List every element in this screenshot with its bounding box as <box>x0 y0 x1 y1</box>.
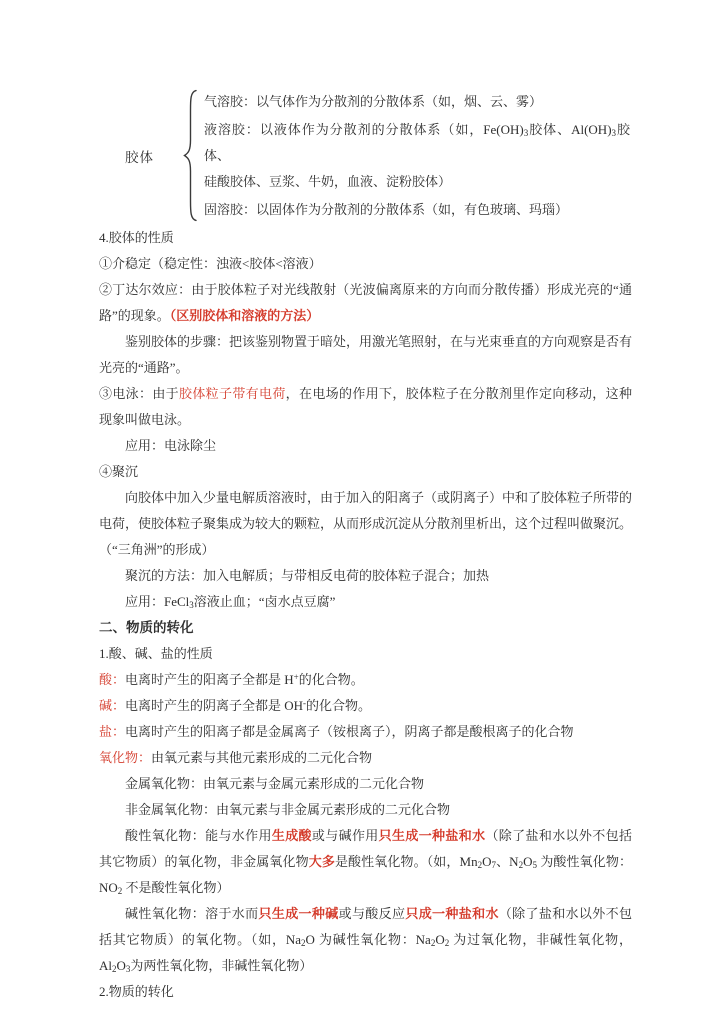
nonmetal-oxide-definition: 非金属氧化物：由氧元素与非金属元素形成的二元化合物 <box>99 797 632 823</box>
bracket-items: 气溶胶：以气体作为分散剂的分散体系（如，烟、云、雾）液溶胶：以液体作为分散剂的分… <box>201 88 630 223</box>
text-run: 的化合物。 <box>299 672 364 687</box>
text-run: 溶液止血；“卤水点豆腐” <box>194 594 336 609</box>
colloid-classification-diagram: 胶体 气溶胶：以气体作为分散剂的分散体系（如，烟、云、雾）液溶胶：以液体作为分散… <box>99 88 632 223</box>
text-run: 不是酸性氧化物） <box>122 880 229 895</box>
text-run: 、N <box>496 854 519 869</box>
text-run: ③电泳：由于 <box>99 386 179 401</box>
text-run: 金属氧化物：由氧元素与金属元素形成的二元化合物 <box>125 776 424 791</box>
colloid-label: 胶体 <box>125 88 183 223</box>
coagulation-application: 应用：FeCl3溶液止血；“卤水点豆腐” <box>99 589 632 615</box>
highlight-text-run: 碱： <box>99 698 125 713</box>
text-run: O <box>117 958 126 973</box>
electrophoresis-application: 应用：电泳除尘 <box>99 433 632 459</box>
text-run: 电离时产生的阳离子都是金属离子（铵根离子），阴离子都是酸根离子的化合物 <box>125 724 574 739</box>
text-run: 由氧元素与其他元素形成的二元化合物 <box>151 750 372 765</box>
text-run: 2.物质的转化 <box>99 984 174 999</box>
text-run: 应用：电泳除尘 <box>125 438 216 453</box>
text-run: Na <box>416 932 431 947</box>
text-run: 电离时产生的阴离子全都是 OH <box>125 698 303 713</box>
section-2-heading: 二、物质的转化 <box>99 615 632 641</box>
text-run: 非金属氧化物：由氧元素与非金属元素形成的二元化合物 <box>125 802 450 817</box>
highlight-text-run: 盐： <box>99 724 125 739</box>
text-run: 胶体、Al(OH) <box>528 122 611 137</box>
text-run: 硅酸胶体、豆浆、牛奶，血液、淀粉胶体） <box>204 174 451 189</box>
text-run: 应用：FeCl <box>125 594 189 609</box>
highlight-text-run: （区别胶体和溶液的方法） <box>170 308 320 323</box>
text-run: 向胶体中加入少量电解质溶液时，由于加入的阳离子（或阴离子）中和了胶体粒子所带的电… <box>99 490 632 557</box>
text-run: NO <box>99 880 118 895</box>
text-run: ①介稳定（稳定性：浊液<胶体<溶液） <box>99 256 322 271</box>
text-run: 气溶胶：以气体作为分散剂的分散体系（如，烟、云、雾） <box>204 94 542 109</box>
text-run: 或与酸反应 <box>339 906 406 921</box>
text-run: 4.胶体的性质 <box>99 230 174 245</box>
text-run: O 为碱性氧化物： <box>306 932 416 947</box>
oxide-definition: 氧化物：由氧元素与其他元素形成的二元化合物 <box>99 745 632 771</box>
text-run: 液溶胶：以液体作为分散剂的分散体系（如，Fe(OH) <box>204 122 524 137</box>
text-run: 碱性氧化物：溶于水而 <box>125 906 259 921</box>
subsection-1-heading: 1.酸、碱、盐的性质 <box>99 641 632 667</box>
bracket-item: 固溶胶：以固体作为分散剂的分散体系（如，有色玻璃、玛瑙） <box>204 197 630 223</box>
property-4-coagulation: ④聚沉 <box>99 459 632 485</box>
text-run: O <box>435 932 444 947</box>
text-run: 1.酸、碱、盐的性质 <box>99 646 213 661</box>
highlight-text-run: 氧化物： <box>99 750 151 765</box>
text-run: 二、物质的转化 <box>99 620 194 635</box>
subsection-2-heading: 2.物质的转化 <box>99 979 632 1005</box>
highlight-text-run: 胶体粒子带有电荷 <box>179 386 286 401</box>
text-run: 固溶胶：以固体作为分散剂的分散体系（如，有色玻璃、玛瑙） <box>204 202 568 217</box>
property-1-metastability: ①介稳定（稳定性：浊液<胶体<溶液） <box>99 251 632 277</box>
base-definition: 碱：电离时产生的阴离子全都是 OH-的化合物。 <box>99 693 632 719</box>
paragraph-list: 4.胶体的性质①介稳定（稳定性：浊液<胶体<溶液）②丁达尔效应：由于胶体粒子对光… <box>99 225 632 1005</box>
highlight-text-run: 生成酸 <box>272 828 312 843</box>
acidic-oxide-definition: 酸性氧化物：能与水作用生成酸或与碱作用只生成一种盐和水（除了盐和水以外不包括其它… <box>99 823 632 901</box>
salt-definition: 盐：电离时产生的阳离子都是金属离子（铵根离子），阴离子都是酸根离子的化合物 <box>99 719 632 745</box>
text-run: ④聚沉 <box>99 464 138 479</box>
highlight-text-run: 大多 <box>309 854 335 869</box>
text-run: 或与碱作用 <box>312 828 379 843</box>
bracket-item: 液溶胶：以液体作为分散剂的分散体系（如，Fe(OH)3胶体、Al(OH)3胶体、… <box>204 117 630 195</box>
tyndall-identification-steps: 鉴别胶体的步骤：把该鉴别物置于暗处，用激光笔照射，在与光束垂直的方向观察是否有光… <box>99 329 632 381</box>
coagulation-explanation: 向胶体中加入少量电解质溶液时，由于加入的阳离子（或阴离子）中和了胶体粒子所带的电… <box>99 485 632 563</box>
property-3-electrophoresis: ③电泳：由于胶体粒子带有电荷，在电场的作用下，胶体粒子在分散剂里作定向移动，这种… <box>99 381 632 433</box>
text-run: 为酸性氧化物： <box>537 854 632 869</box>
coagulation-methods: 聚沉的方法：加入电解质；与带相反电荷的胶体粒子混合；加热 <box>99 563 632 589</box>
text-run: 为两性氧化物，非碱性氧化物） <box>130 958 312 973</box>
text-run: 是酸性氧化物。（如，Mn <box>335 854 478 869</box>
left-curly-brace-icon <box>183 88 201 223</box>
property-2-tyndall-effect: ②丁达尔效应：由于胶体粒子对光线散射（光波偏离原来的方向而分散传播）形成光亮的“… <box>99 277 632 329</box>
text-run: 聚沉的方法：加入电解质；与带相反电荷的胶体粒子混合；加热 <box>125 568 489 583</box>
acid-definition: 酸：电离时产生的阳离子全都是 H+的化合物。 <box>99 667 632 693</box>
text-run: 的化合物。 <box>306 698 371 713</box>
text-run: 酸性氧化物：能与水作用 <box>125 828 272 843</box>
basic-oxide-definition: 碱性氧化物：溶于水而只生成一种碱或与酸反应只成一种盐和水（除了盐和水以外不包括其… <box>99 901 632 979</box>
highlight-text-run: 只生成一种盐和水 <box>379 828 486 843</box>
text-run: 电离时产生的阳离子全都是 H <box>125 672 294 687</box>
section-4-heading: 4.胶体的性质 <box>99 225 632 251</box>
metal-oxide-definition: 金属氧化物：由氧元素与金属元素形成的二元化合物 <box>99 771 632 797</box>
text-run: 鉴别胶体的步骤：把该鉴别物置于暗处，用激光笔照射，在与光束垂直的方向观察是否有光… <box>99 334 632 375</box>
highlight-text-run: 酸： <box>99 672 125 687</box>
highlight-text-run: 只成一种盐和水 <box>405 906 498 921</box>
highlight-text-run: 只生成一种碱 <box>259 906 339 921</box>
bracket-item: 气溶胶：以气体作为分散剂的分散体系（如，烟、云、雾） <box>204 89 630 115</box>
document-page: 胶体 气溶胶：以气体作为分散剂的分散体系（如，烟、云、雾）液溶胶：以液体作为分散… <box>0 0 724 1024</box>
